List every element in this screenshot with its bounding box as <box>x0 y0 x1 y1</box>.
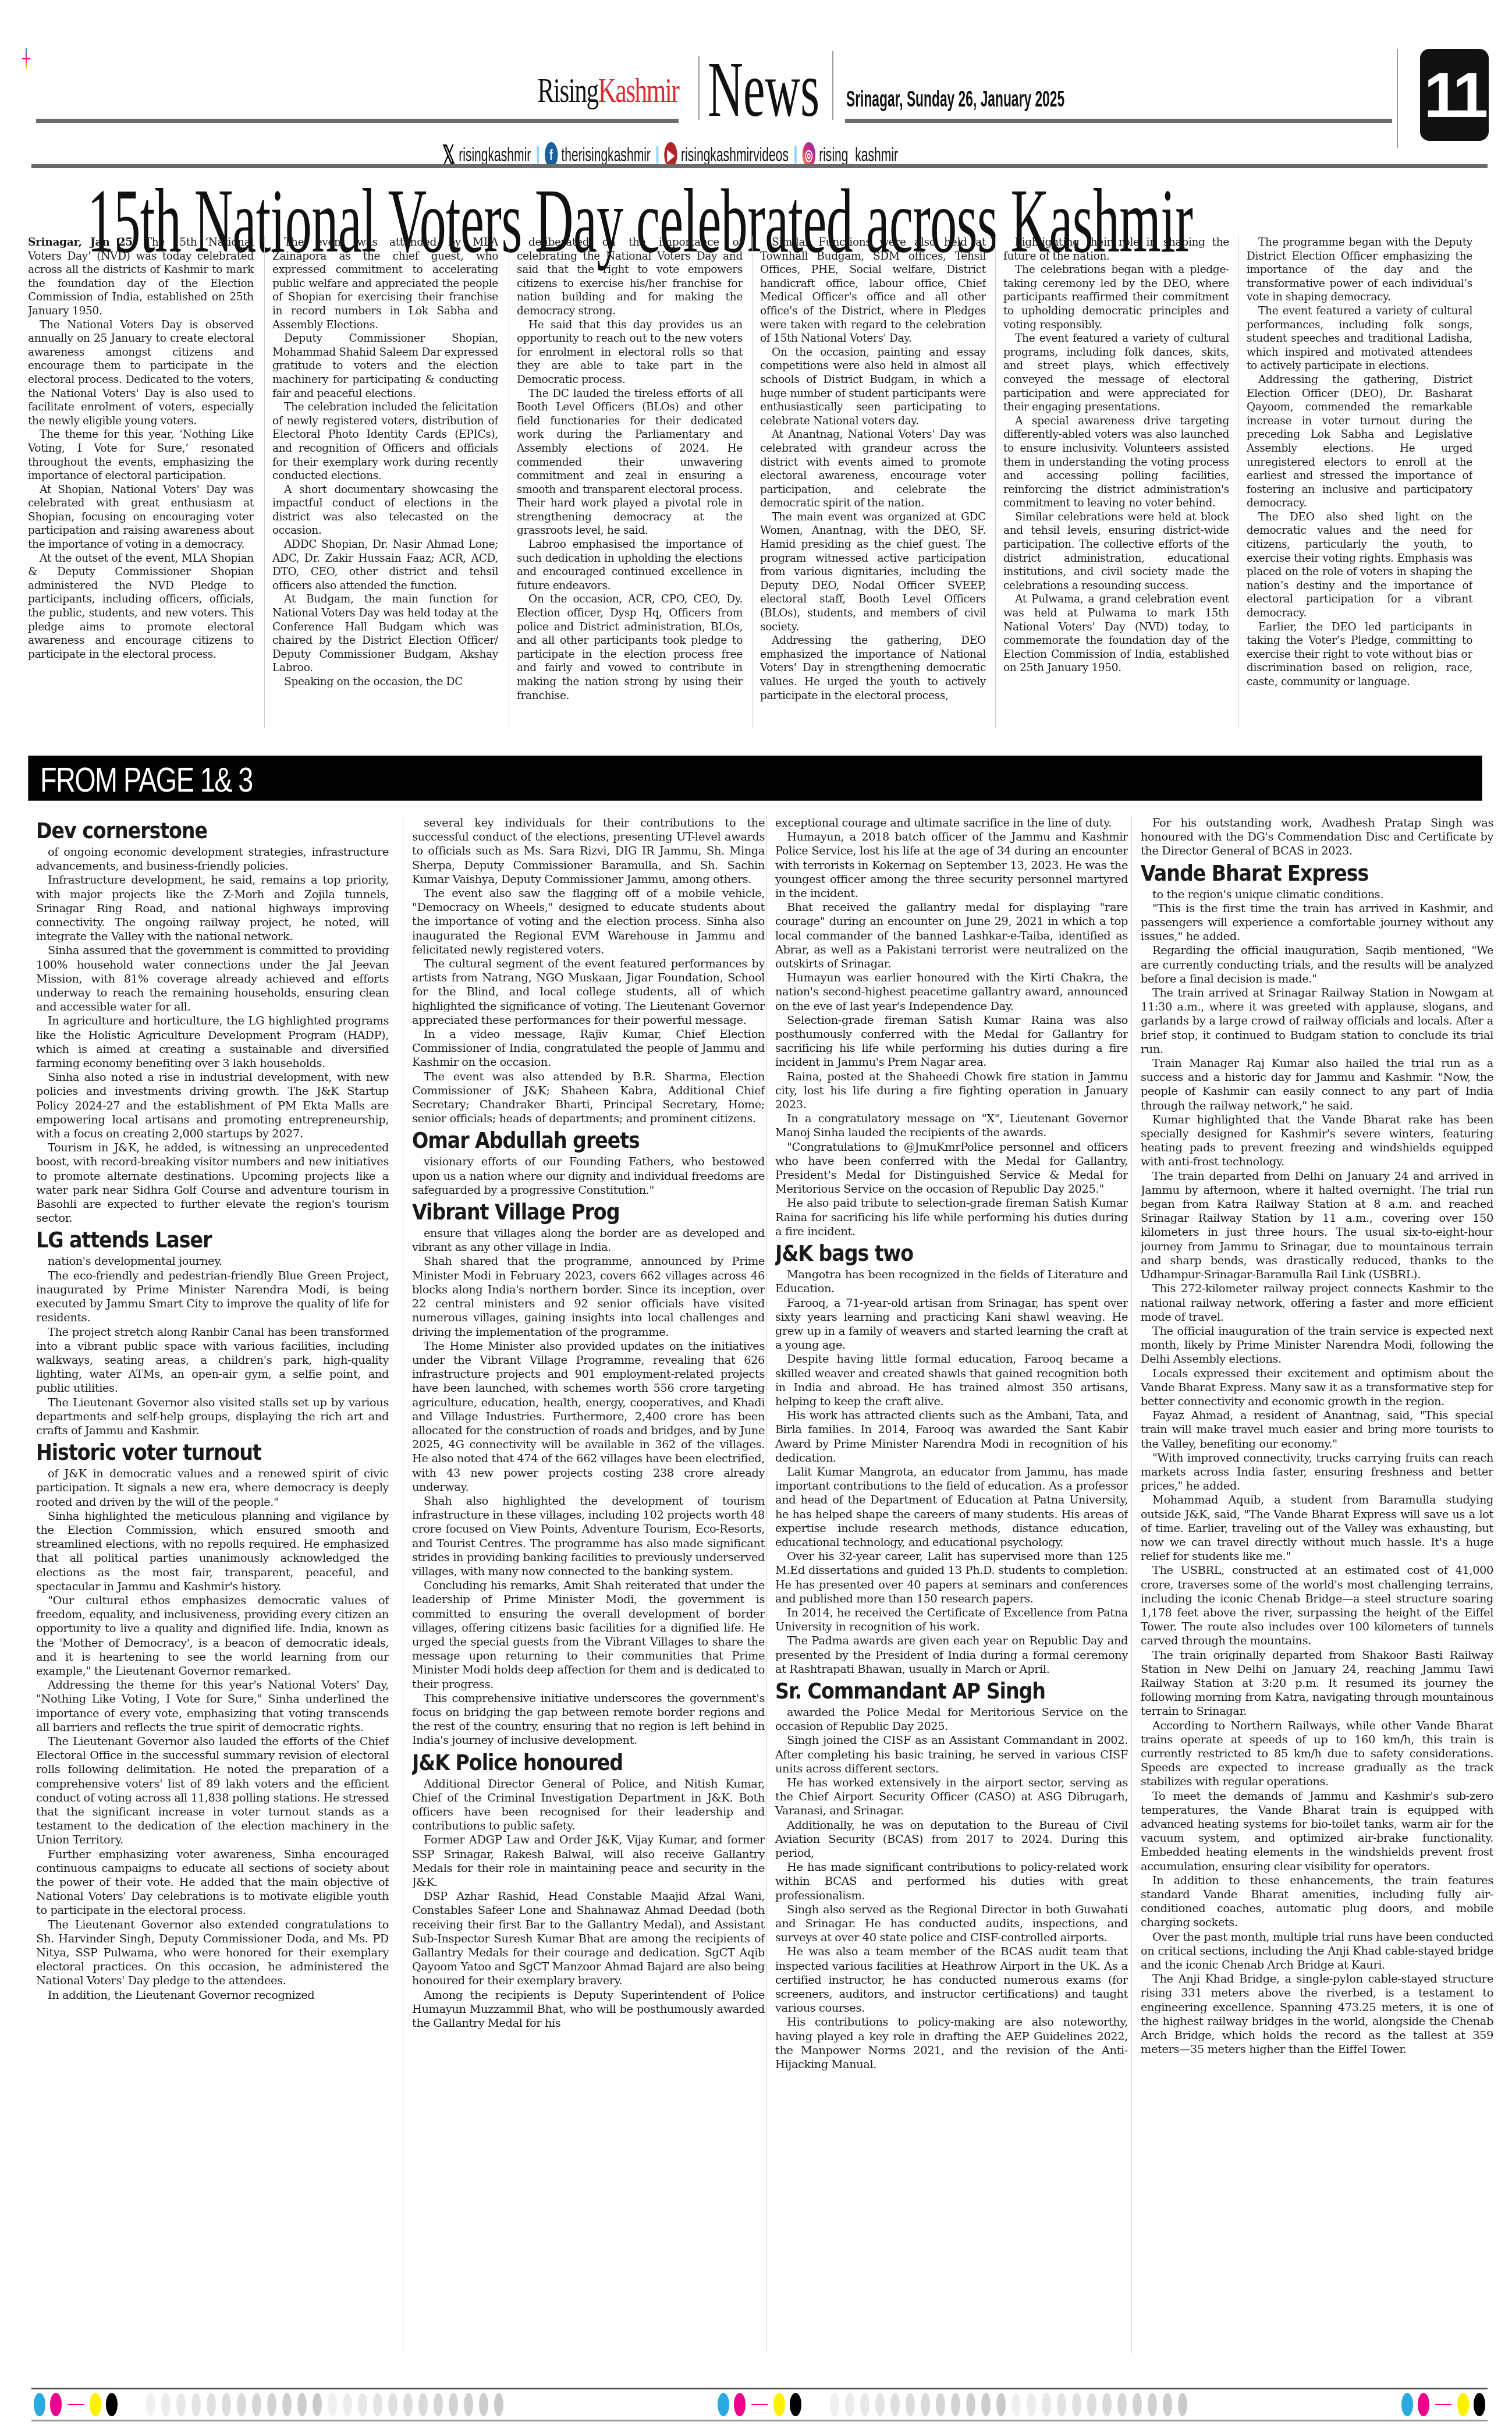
story-paragraph: In agriculture and horticulture, the LG … <box>36 1014 389 1070</box>
story-paragraph: "Our cultural ethos emphasizes democrati… <box>36 1594 389 1678</box>
story-paragraph: Singh joined the CISF as an Assistant Co… <box>775 1733 1128 1776</box>
gray-patch <box>1011 2393 1021 2416</box>
story-column: highlighting their role in shaping the f… <box>1003 236 1229 728</box>
gray-patch <box>161 2393 171 2416</box>
story-paragraph: Similar celebrations were held at block … <box>1003 510 1229 593</box>
story-paragraph: The DEO also shed light on the democrati… <box>1247 510 1472 620</box>
color-patch <box>1418 2393 1429 2416</box>
story-paragraph: His contributions to policy-making are a… <box>775 2015 1128 2072</box>
story-paragraph: nation's developmental journey. <box>36 1254 389 1268</box>
story-paragraph: Further emphasizing voter awareness, Sin… <box>36 1848 389 1918</box>
column-divider <box>403 816 403 2353</box>
story-paragraph: His work has attracted clients such as t… <box>775 1409 1128 1465</box>
story-paragraph: The official inauguration of the train s… <box>1141 1324 1493 1367</box>
header-divider <box>698 56 700 120</box>
story-paragraph: The eco-friendly and pedestrian-friendly… <box>36 1269 389 1325</box>
story-paragraph: Despite having little formal education, … <box>775 1352 1128 1409</box>
gray-patch <box>146 2393 155 2416</box>
color-patch <box>773 2393 785 2416</box>
gray-patch <box>328 2393 337 2416</box>
color-patch <box>790 2393 801 2416</box>
story-paragraph: In a video message, Rajiv Kumar, Chief E… <box>412 1027 765 1070</box>
column-divider <box>752 236 753 728</box>
story-paragraph: Deputy Commissioner Shopian, Mohammad Sh… <box>272 332 498 400</box>
story-paragraph: Regarding the official inauguration, Saq… <box>1141 944 1493 986</box>
gray-patch <box>358 2393 367 2416</box>
column-divider <box>509 236 509 728</box>
continued-column: several key individuals for their contri… <box>412 816 765 2353</box>
story-paragraph: to the region's unique climatic conditio… <box>1141 888 1493 902</box>
story-column: deliberated on the importance of celebra… <box>517 236 743 728</box>
gray-patch <box>845 2393 854 2416</box>
story-paragraph: He also paid tribute to selection-grade … <box>775 1196 1128 1239</box>
story-paragraph: of ongoing economic development strategi… <box>36 845 389 873</box>
story-paragraph: Humayun, a 2018 batch officer of the Jam… <box>775 830 1128 900</box>
story-paragraph: In 2014, he received the Certificate of … <box>775 1606 1128 1634</box>
gray-ramp <box>804 2393 1399 2416</box>
color-patch <box>106 2393 118 2416</box>
gray-patch <box>966 2393 975 2416</box>
story-paragraph: ensure that villages along the border ar… <box>412 1226 765 1254</box>
story-paragraph: Kumar highlighted that the Vande Bharat … <box>1141 1113 1493 1169</box>
story-paragraph: Bhat received the gallantry medal for di… <box>775 900 1128 971</box>
story-paragraph: Lalit Kumar Mangrota, an educator from J… <box>775 1465 1128 1549</box>
registration-mark <box>68 2404 84 2405</box>
continued-story-heading: J&K Police honoured <box>412 1750 729 1776</box>
story-paragraph: At Shopian, National Voters' Day was cel… <box>28 483 254 552</box>
color-patch <box>1457 2393 1469 2416</box>
story-paragraph: On the occasion, painting and essay comp… <box>760 346 986 428</box>
story-paragraph: exceptional courage and ultimate sacrifi… <box>775 816 1128 830</box>
color-patch <box>50 2393 62 2416</box>
story-paragraph: At Anantnag, National Voters' Day was ce… <box>760 428 986 510</box>
story-paragraph: "Congratulations to @JmuKmrPolice person… <box>775 1140 1128 1197</box>
story-column: The programme began with the Deputy Dist… <box>1247 236 1472 728</box>
story-paragraph: He has made significant contributions to… <box>775 1860 1128 1903</box>
story-paragraph: The event featured a variety of cultural… <box>1003 332 1229 414</box>
story-paragraph: In addition, the Lieutenant Governor rec… <box>36 1988 389 2002</box>
page-number: 11 <box>1420 49 1489 141</box>
story-paragraph: The Home Minister also provided updates … <box>412 1339 765 1494</box>
story-paragraph: The National Voters Day is observed annu… <box>28 318 254 428</box>
story-paragraph: Fayaz Ahmad, a resident of Anantnag, sai… <box>1141 1409 1493 1451</box>
registration-mark <box>751 2404 768 2405</box>
story-paragraph: He has worked extensively in the airport… <box>775 1776 1128 1818</box>
story-paragraph: highlighting their role in shaping the f… <box>1003 236 1229 263</box>
print-color-bar <box>31 2388 1488 2421</box>
story-paragraph: The DC lauded the tireless efforts of al… <box>517 387 743 538</box>
story-paragraph: Similar Functions were also held at Town… <box>760 236 986 346</box>
story-paragraph: For his outstanding work, Avadhesh Prata… <box>1141 816 1493 859</box>
gray-patch <box>418 2393 428 2416</box>
story-paragraph: The Lieutenant Governor also lauded the … <box>36 1735 389 1848</box>
gray-patch <box>1148 2393 1157 2416</box>
gray-patch <box>464 2393 473 2416</box>
story-paragraph: "This is the first time the train has ar… <box>1141 902 1493 944</box>
story-paragraph: The main event was organized at GDC Wome… <box>760 510 986 634</box>
story-paragraph: visionary efforts of our Founding Father… <box>412 1155 765 1197</box>
dateline-lead: Srinagar, Jan 25: <box>28 236 145 249</box>
social-handle-youtube[interactable]: risingkashmirvideos <box>681 144 789 166</box>
process-color-patches <box>31 2389 120 2420</box>
social-handle-instagram[interactable]: rising_kashmir <box>819 144 898 166</box>
story-paragraph: The cultural segment of the event featur… <box>412 957 765 1027</box>
color-patch <box>90 2393 101 2416</box>
story-paragraph: Selection-grade fireman Satish Kumar Rai… <box>775 1013 1128 1070</box>
story-paragraph: Shah shared that the programme, announce… <box>412 1254 765 1339</box>
column-divider <box>995 236 996 728</box>
banner-label: FROM PAGE 1& 3 <box>40 760 253 800</box>
gray-patch <box>996 2393 1006 2416</box>
gray-patch <box>890 2393 900 2416</box>
registration-mark <box>26 48 27 69</box>
story-paragraph: This 272-kilometer railway project conne… <box>1141 1282 1493 1324</box>
story-column: The event was attended by MLA Zainapora … <box>272 236 498 728</box>
dateline: Srinagar, Sunday 26, January 2025 <box>846 87 1064 112</box>
story-paragraph: Mangotra has been recognized in the fiel… <box>775 1268 1128 1296</box>
story-paragraph: Addressing the gathering, District Elect… <box>1247 373 1472 510</box>
story-paragraph: Sinha also noted a rise in industrial de… <box>36 1070 389 1141</box>
gray-patch <box>479 2393 488 2416</box>
gray-patch <box>313 2393 322 2416</box>
story-paragraph: The theme for this year, ‘Nothing Like V… <box>28 428 254 483</box>
story-paragraph: To meet the demands of Jammu and Kashmir… <box>1141 1789 1493 1874</box>
story-paragraph: At the outset of the event, MLA Shopian … <box>28 552 254 662</box>
story-paragraph: At Budgam, the main function for Nationa… <box>272 593 498 675</box>
story-paragraph: He said that this day provides us an opp… <box>517 318 743 387</box>
continued-story-heading: J&K bags two <box>775 1241 1092 1267</box>
color-patch <box>1401 2393 1413 2416</box>
story-paragraph: Train Manager Raj Kumar also hailed the … <box>1141 1056 1493 1113</box>
separator <box>656 146 659 164</box>
gray-patch <box>237 2393 246 2416</box>
story-paragraph: Speaking on the occasion, the DC <box>272 675 498 689</box>
gray-patch <box>1072 2393 1081 2416</box>
story-paragraph: According to Northern Railways, while ot… <box>1141 1719 1493 1789</box>
story-paragraph: Sinha highlighted the meticulous plannin… <box>36 1509 389 1594</box>
story-paragraph: The train departed from Delhi on January… <box>1141 1169 1493 1282</box>
process-color-patches <box>715 2389 804 2420</box>
story-paragraph: Addressing the theme for this year's Nat… <box>36 1678 389 1735</box>
story-paragraph: The event was also attended by B.R. Shar… <box>412 1070 765 1126</box>
gray-patch <box>981 2393 991 2416</box>
story-paragraph: Earlier, the DEO led participants in tak… <box>1247 620 1472 689</box>
story-paragraph: Shah also highlighted the development of… <box>412 1494 765 1579</box>
color-patch <box>718 2393 729 2416</box>
story-paragraph: Infrastructure development, he said, rem… <box>36 873 389 944</box>
gray-patch <box>403 2393 413 2416</box>
header-rule-full <box>31 164 1488 168</box>
gray-patch <box>297 2393 307 2416</box>
gray-patch <box>191 2393 201 2416</box>
story-paragraph: The Lieutenant Governor also visited sta… <box>36 1396 389 1438</box>
story-paragraph: DSP Azhar Rashid, Head Constable Maajid … <box>412 1889 765 1988</box>
story-paragraph: The event also saw the flagging off of a… <box>412 887 765 957</box>
brand-kashmir: Kashmir <box>598 71 679 109</box>
separator <box>537 146 539 164</box>
gray-patch <box>222 2393 231 2416</box>
story-paragraph: A special awareness drive targeting diff… <box>1003 414 1229 510</box>
gray-patch <box>1178 2393 1187 2416</box>
continued-story-heading: Omar Abdullah greets <box>412 1128 729 1154</box>
gray-patch <box>921 2393 930 2416</box>
story-paragraph: Tourism in J&K, he added, is witnessing … <box>36 1141 389 1225</box>
gray-patch <box>1133 2393 1142 2416</box>
story-paragraph: "With improved connectivity, trucks carr… <box>1141 1451 1493 1494</box>
header-divider <box>1397 49 1398 148</box>
story-paragraph: The event was attended by MLA Zainapora … <box>272 236 498 332</box>
story-paragraph: The programme began with the Deputy Dist… <box>1247 236 1472 304</box>
process-color-patches <box>1399 2389 1488 2420</box>
story-paragraph: of J&K in democratic values and a renewe… <box>36 1467 389 1509</box>
gray-patch <box>951 2393 960 2416</box>
story-paragraph: On the occasion, ACR, CPO, CEO, Dy. Elec… <box>517 593 743 703</box>
gray-patch <box>1087 2393 1096 2416</box>
gray-patch <box>176 2393 186 2416</box>
gray-patch <box>1102 2393 1112 2416</box>
social-handle-x[interactable]: risingkashmir <box>459 144 531 166</box>
story-paragraph: awarded the Police Medal for Meritorious… <box>775 1705 1128 1733</box>
story-paragraph: Farooq, a 71-year-old artisan from Srina… <box>775 1296 1128 1353</box>
gray-patch <box>860 2393 869 2416</box>
story-paragraph: The celebrations began with a pledge-tak… <box>1003 263 1229 332</box>
story-paragraph: Over the past month, multiple trial runs… <box>1141 1930 1493 1973</box>
masthead-brand: RisingKashmir <box>469 63 679 121</box>
story-paragraph: Sinha assured that the government is com… <box>36 944 389 1014</box>
gray-patch <box>373 2393 382 2416</box>
color-patch <box>34 2393 45 2416</box>
story-paragraph: Srinagar, Jan 25: The 15th ‘National Vot… <box>28 236 254 318</box>
story-paragraph: Humayun was earlier honoured with the Ki… <box>775 971 1128 1013</box>
brand-rising: Rising <box>537 71 598 109</box>
gray-patch <box>343 2393 352 2416</box>
story-paragraph: Addressing the gathering, DEO emphasized… <box>760 634 986 703</box>
color-patch <box>734 2393 746 2416</box>
story-paragraph: In addition to these enhancements, the t… <box>1141 1874 1493 1930</box>
continued-column: Dev cornerstoneof ongoing economic devel… <box>36 816 389 2353</box>
column-divider <box>1238 236 1239 728</box>
gray-patch <box>252 2393 261 2416</box>
story-column: Similar Functions were also held at Town… <box>760 236 986 728</box>
story-paragraph: The USBRL, constructed at an estimated c… <box>1141 1563 1493 1648</box>
story-paragraph: Raina, posted at the Shaheedi Chowk fire… <box>775 1070 1128 1112</box>
story-paragraph: Singh also served as the Regional Direct… <box>775 1903 1128 1945</box>
gray-patch <box>207 2393 216 2416</box>
story-paragraph: This comprehensive initiative underscore… <box>412 1692 765 1748</box>
header-rule-right <box>845 119 1392 123</box>
story-paragraph: In a congratulatory message on "X", Lieu… <box>775 1112 1128 1140</box>
continued-story-heading: Dev cornerstone <box>36 818 353 844</box>
story-paragraph: deliberated on the importance of celebra… <box>517 236 743 318</box>
story-paragraph: Over his 32-year career, Lalit has super… <box>775 1549 1128 1606</box>
story-paragraph: The train originally departed from Shako… <box>1141 1648 1493 1719</box>
column-divider <box>264 236 265 728</box>
gray-ramp <box>120 2393 715 2416</box>
gray-patch <box>282 2393 292 2416</box>
gray-patch <box>494 2393 503 2416</box>
story-paragraph: The event featured a variety of cultural… <box>1247 304 1472 373</box>
color-patch <box>1474 2393 1485 2416</box>
continued-story-heading: Sr. Commandant AP Singh <box>775 1679 1092 1704</box>
continued-story-heading: Vande Bharat Express <box>1141 861 1458 887</box>
gray-patch <box>875 2393 885 2416</box>
story-paragraph: The Anji Khad Bridge, a single-pylon cab… <box>1141 1972 1493 2056</box>
story-paragraph: several key individuals for their contri… <box>412 816 765 887</box>
story-paragraph: Mohammad Aquib, a student from Baramulla… <box>1141 1493 1493 1563</box>
continued-story-heading: LG attends Laser <box>36 1228 353 1253</box>
continued-story-heading: Vibrant Village Prog <box>412 1200 729 1225</box>
continued-column: exceptional courage and ultimate sacrifi… <box>775 816 1128 2353</box>
gray-patch <box>449 2393 458 2416</box>
column-divider <box>766 816 766 2353</box>
story-paragraph: Among the recipients is Deputy Superinte… <box>412 1988 765 2031</box>
gray-patch <box>1027 2393 1036 2416</box>
social-handle-facebook[interactable]: therisingkashmir <box>561 144 650 166</box>
gray-patch <box>1057 2393 1066 2416</box>
separator <box>794 146 797 164</box>
story-paragraph: A short documentary showcasing the impac… <box>272 483 498 538</box>
gray-patch <box>388 2393 397 2416</box>
story-paragraph: Additionally, he was on deputation to th… <box>775 1818 1128 1861</box>
story-paragraph: Locals expressed their excitement and op… <box>1141 1367 1493 1409</box>
column-divider <box>1131 816 1132 2353</box>
section-banner: FROM PAGE 1& 3 <box>28 756 1482 801</box>
gray-patch <box>434 2393 443 2416</box>
gray-patch <box>936 2393 945 2416</box>
section-title: News <box>708 55 819 125</box>
continued-column: For his outstanding work, Avadhesh Prata… <box>1141 816 1493 2353</box>
story-paragraph: The Lieutenant Governor also extended co… <box>36 1918 389 1988</box>
story-paragraph: He was also a team member of the BCAS au… <box>775 1945 1128 2015</box>
continued-story-heading: Historic voter turnout <box>36 1440 353 1466</box>
story-paragraph: The train arrived at Srinagar Railway St… <box>1141 986 1493 1056</box>
story-paragraph: The celebration included the felicitatio… <box>272 400 498 483</box>
gray-patch <box>1117 2393 1127 2416</box>
gray-patch <box>1163 2393 1172 2416</box>
gray-patch <box>267 2393 276 2416</box>
story-paragraph: At Pulwama, a grand celebration event wa… <box>1003 593 1229 675</box>
registration-mark <box>1435 2404 1451 2405</box>
story-column: Srinagar, Jan 25: The 15th ‘National Vot… <box>28 236 254 728</box>
story-paragraph: Former ADGP Law and Order J&K, Vijay Kum… <box>412 1833 765 1889</box>
header-divider <box>832 51 833 120</box>
story-paragraph: Labroo emphasised the importance of such… <box>517 538 743 593</box>
gray-patch <box>906 2393 915 2416</box>
story-paragraph: ADDC Shopian, Dr. Nasir Ahmad Lone; ADC,… <box>272 538 498 593</box>
story-paragraph: The Padma awards are given each year on … <box>775 1634 1128 1676</box>
story-paragraph: The project stretch along Ranbir Canal h… <box>36 1325 389 1396</box>
story-paragraph: Additional Director General of Police, a… <box>412 1777 765 1834</box>
gray-patch <box>1042 2393 1051 2416</box>
gray-patch <box>830 2393 839 2416</box>
story-paragraph: Concluding his remarks, Amit Shah reiter… <box>412 1579 765 1692</box>
